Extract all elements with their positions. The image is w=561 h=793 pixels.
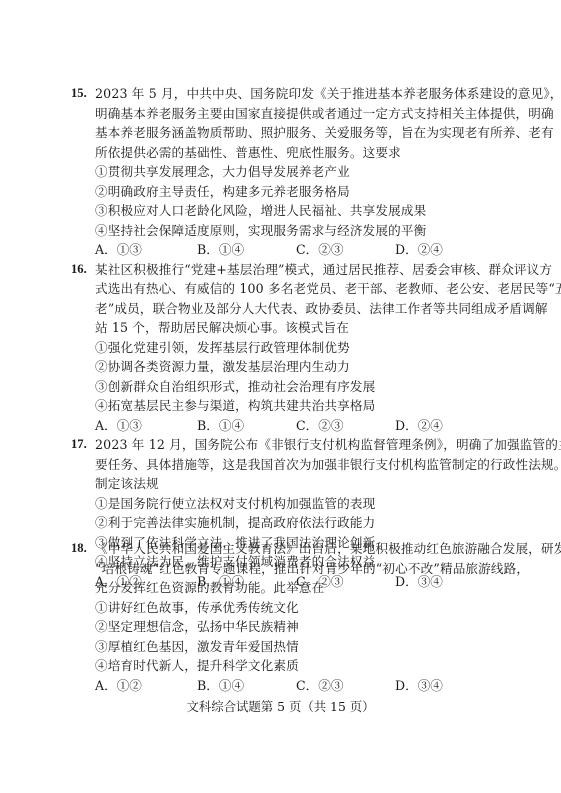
option-d: D．③④ [395, 676, 443, 696]
option-c: C．②③ [296, 240, 343, 260]
question-stem-line: “培根铸魂”红色教育专题课程，推出针对青少年的“初心不改”精品旅游线路， [95, 559, 529, 579]
option-b: B．①④ [197, 416, 244, 436]
question-stem-line: 式选出有热心、有威信的 100 多名老党员、老干部、老教师、老公安、老居民等“五 [95, 279, 561, 299]
option-d: D．②④ [395, 416, 443, 436]
question-stem-line: 充分发挥红色资源的教育功能。此举意在 [95, 578, 324, 598]
question-stem-line: 某社区积极推行“党建+基层治理”模式，通过居民推荐、居委会审核、群众评议方 [95, 260, 552, 280]
question-number: 15. [71, 84, 87, 104]
question-stem-line: 制定该法规 [95, 474, 159, 494]
statement: ①讲好红色故事，传承优秀传统文化 [95, 598, 299, 618]
option-a: A．①② [95, 676, 142, 696]
statement: ③厚植红色基因，激发青年爱国热情 [95, 637, 299, 657]
statement: ①贯彻共享发展理念，大力倡导发展养老产业 [95, 162, 350, 182]
option-a: A．①③ [95, 416, 142, 436]
question-number: 16. [71, 260, 87, 280]
question-stem-line: 站 15 个，帮助居民解决烦心事。该模式旨在 [95, 318, 349, 338]
option-b: B．①④ [197, 240, 244, 260]
question-stem-line: 基本养老服务涵盖物质帮助、照护服务、关爱服务等，旨在为实现老有所养、老有 [95, 123, 554, 143]
question-stem-line: 要任务、具体措施等，这是我国首次为加强非银行支付机构监管制定的行政性法规。 [95, 455, 561, 475]
exam-page: 15. 2023 年 5 月，中共中央、国务院印发《关于推进基本养老服务体系建设… [0, 0, 561, 793]
statement: ②明确政府主导责任，构建多元养老服务格局 [95, 182, 350, 202]
question-stem-line: 2023 年 12 月，国务院公布《非银行支付机构监督管理条例》，明确了加强监管… [95, 435, 561, 455]
statement: ②坚定理想信念，弘扬中华民族精神 [95, 617, 299, 637]
question-stem-line: 老”成员，联合物业及部分人大代表、政协委员、法律工作者等共同组成矛盾调解 [95, 299, 548, 319]
option-c: C．②③ [296, 676, 343, 696]
question-number: 18. [71, 539, 87, 559]
question-stem-line: 明确基本养老服务主要由国家直接提供或者通过一定方式支持相关主体提供，明确 [95, 104, 554, 124]
question-number: 17. [71, 435, 87, 455]
page-footer: 文科综合试题第 5 页（共 15 页） [0, 697, 561, 716]
option-d: D．②④ [395, 240, 443, 260]
question-stem-line: 所依提供必需的基础性、普惠性、兜底性服务。这要求 [95, 143, 401, 163]
statement: ①是国务院行使立法权对支付机构加强监管的表现 [95, 494, 375, 514]
statement: ④培育时代新人，提升科学文化素质 [95, 656, 299, 676]
statement: ④坚持社会保障适度原则，实现服务需求与经济发展的平衡 [95, 221, 426, 241]
option-c: C．②③ [296, 416, 343, 436]
question-stem-line: 2023 年 5 月，中共中央、国务院印发《关于推进基本养老服务体系建设的意见》… [95, 84, 561, 104]
statement: ②协调各类资源力量，激发基层治理内生动力 [95, 357, 350, 377]
statement: ②利于完善法律实施机制，提高政府依法行政能力 [95, 513, 375, 533]
statement: ①强化党建引领，发挥基层行政管理体制优势 [95, 338, 350, 358]
option-a: A．①③ [95, 240, 142, 260]
statement: ④拓宽基层民主参与渠道，构筑共建共治共享格局 [95, 396, 375, 416]
question-stem-line: 《中华人民共和国爱国主义教育法》出台后，某地积极推动红色旅游融合发展，研发 [95, 539, 561, 559]
statement: ③创新群众自治组织形式，推动社会治理有序发展 [95, 377, 375, 397]
option-b: B．①④ [197, 676, 244, 696]
statement: ③积极应对人口老龄化风险，增进人民福祉、共享发展成果 [95, 201, 426, 221]
